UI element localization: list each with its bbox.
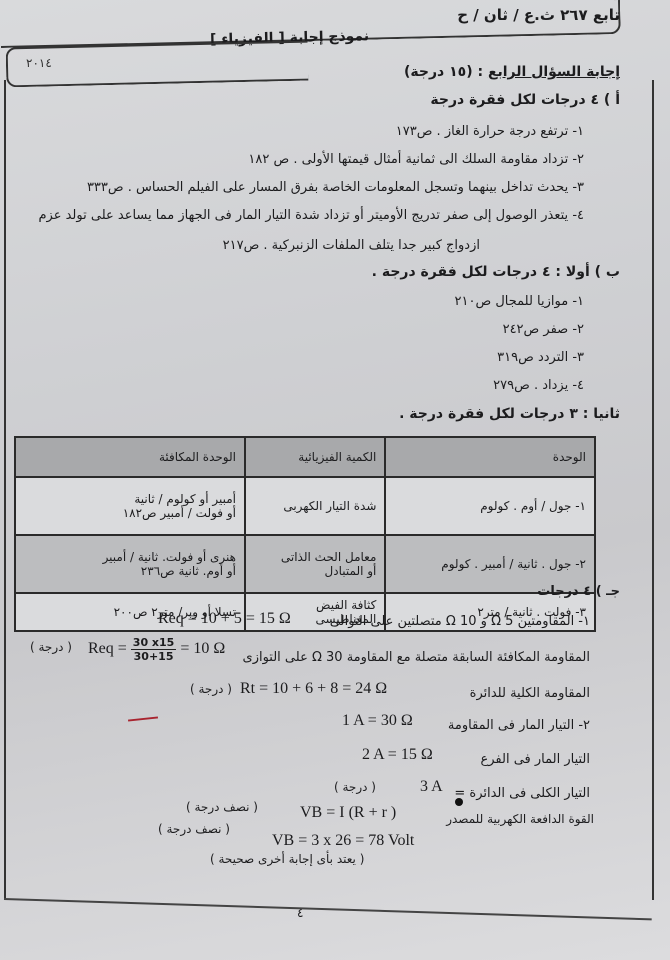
alternative-answer-note: ( يعتد بأى إجابة أخرى صحيحة ) (210, 852, 364, 866)
total-resistance-formula: Rt = 10 + 6 + 8 = 24 Ω (240, 680, 387, 698)
branch-current-text: التيار المار فى الفرع (480, 752, 590, 767)
exam-reference: تابع ٢٦٧ ث.ع / ثان / ح (457, 6, 620, 24)
series-text: ١- المقاومتين 5 Ω و 10 Ω متصلتين على الت… (330, 614, 590, 629)
table-header: الوحدة (385, 437, 595, 477)
part-b-item-1: ١- موازيا للمجال ص٢١٠ (455, 294, 584, 309)
part-c-heading: جـ ) ٤ درجات (537, 584, 620, 599)
mark-note: ( درجة ) (190, 682, 232, 696)
total-current-formula: 3 A (420, 778, 443, 796)
table-header-row: الوحدة الكمية الفيزيائية الوحدة المكافئة (15, 437, 595, 477)
current-resistor-text: ٢- التيار المار فى المقاومة (448, 718, 590, 733)
part-a-item-4-continued: ازدواج كبير جدا يتلف الملفات الزنبركية .… (223, 238, 480, 253)
table-cell: هنرى أو فولت. ثانية / أمبير أو أوم. ثاني… (15, 535, 245, 593)
total-resistance-text: المقاومة الكلية للدائرة (470, 686, 590, 701)
ink-dot (455, 798, 463, 806)
formula-result: = 10 Ω (180, 640, 225, 657)
table-row: ١- جول / أوم . كولوم شدة التيار الكهربى … (15, 477, 595, 535)
series-formula: Req = 10 + 5 = 15 Ω (158, 610, 291, 628)
parallel-text: المقاومة المكافئة السابقة متصلة مع المقا… (243, 650, 590, 665)
emf-text: القوة الدافعة الكهربية للمصدر (446, 812, 594, 826)
total-current-text: التيار الكلى فى الدائرة = (454, 786, 590, 801)
fraction: 30 x15 30+15 (131, 636, 177, 663)
part-a-item-3: ٣- يحدث تداخل بينهما وتسجل المعلومات الخ… (87, 180, 584, 195)
part-a-item-4: ٤- يتعذر الوصول إلى صفر تدريج الأوميتر أ… (39, 208, 585, 223)
table-row: ٢- جول . ثانية / أمبير . كولوم معامل الح… (15, 535, 595, 593)
part-b-item-2: ٢- صفر ص٢٤٢ (503, 322, 584, 337)
mark-note: ( درجة ) (334, 780, 376, 794)
table-cell: شدة التيار الكهربى (245, 477, 385, 535)
bottom-frame-line (4, 898, 652, 920)
branch-current-formula: 2 A = 15 Ω (362, 746, 433, 764)
parallel-formula: Req = 30 x15 30+15 = 10 Ω (88, 636, 225, 663)
mark-note: ( درجة ) (30, 640, 72, 654)
fraction-denominator: 30+15 (131, 650, 177, 663)
part-a-item-1: ١- ترتفع درجة حرارة الغاز . ص١٧٣ (396, 124, 584, 139)
table-cell: أمبير أو كولوم / ثانية أو فولت / أمبير ص… (15, 477, 245, 535)
part-b-item-4: ٤- يزداد . ص٢٧٩ (493, 378, 584, 393)
fraction-numerator: 30 x15 (131, 636, 177, 650)
emf-formula: VB = I (R + r ) (300, 804, 396, 822)
part-b-second-heading: ثانيا : ٣ درجات لكل فقرة درجة . (399, 406, 620, 422)
part-a-item-2: ٢- تزداد مقاومة السلك الى ثمانية أمثال ق… (248, 152, 584, 167)
part-b-first-heading: ب ) أولا : ٤ درجات لكل فقرة درجة . (372, 264, 620, 280)
table-cell: ١- جول / أوم . كولوم (385, 477, 595, 535)
page-number: ٤ (297, 906, 303, 920)
table-header: الوحدة المكافئة (15, 437, 245, 477)
mark-note: ( نصف درجة ) (158, 822, 230, 836)
part-b-item-3: ٣- التردد ص٣١٩ (497, 350, 584, 365)
emf-calculation: VB = 3 x 26 = 78 Volt (272, 832, 414, 850)
question-marks: : (١٥ درجة) (404, 64, 483, 80)
part-a-heading: أ ) ٤ درجات لكل فقرة درجة (430, 92, 620, 108)
exam-year: ٢٠١٤ (26, 56, 52, 70)
formula-lhs: Req = (88, 640, 127, 657)
table-header: الكمية الفيزيائية (245, 437, 385, 477)
question-title: إجابة السؤال الرابع : (١٥ درجة) (404, 64, 620, 80)
units-table: الوحدة الكمية الفيزيائية الوحدة المكافئة… (14, 436, 596, 632)
mark-note: ( نصف درجة ) (186, 800, 258, 814)
table-cell: معامل الحث الذاتى أو المتبادل (245, 535, 385, 593)
answer-sheet: تابع ٢٦٧ ث.ع / ثان / ح نموذج إجابة [ الف… (0, 0, 670, 960)
question-heading: إجابة السؤال الرابع (488, 64, 620, 80)
current-resistor-formula: 1 A = 30 Ω (342, 712, 413, 730)
